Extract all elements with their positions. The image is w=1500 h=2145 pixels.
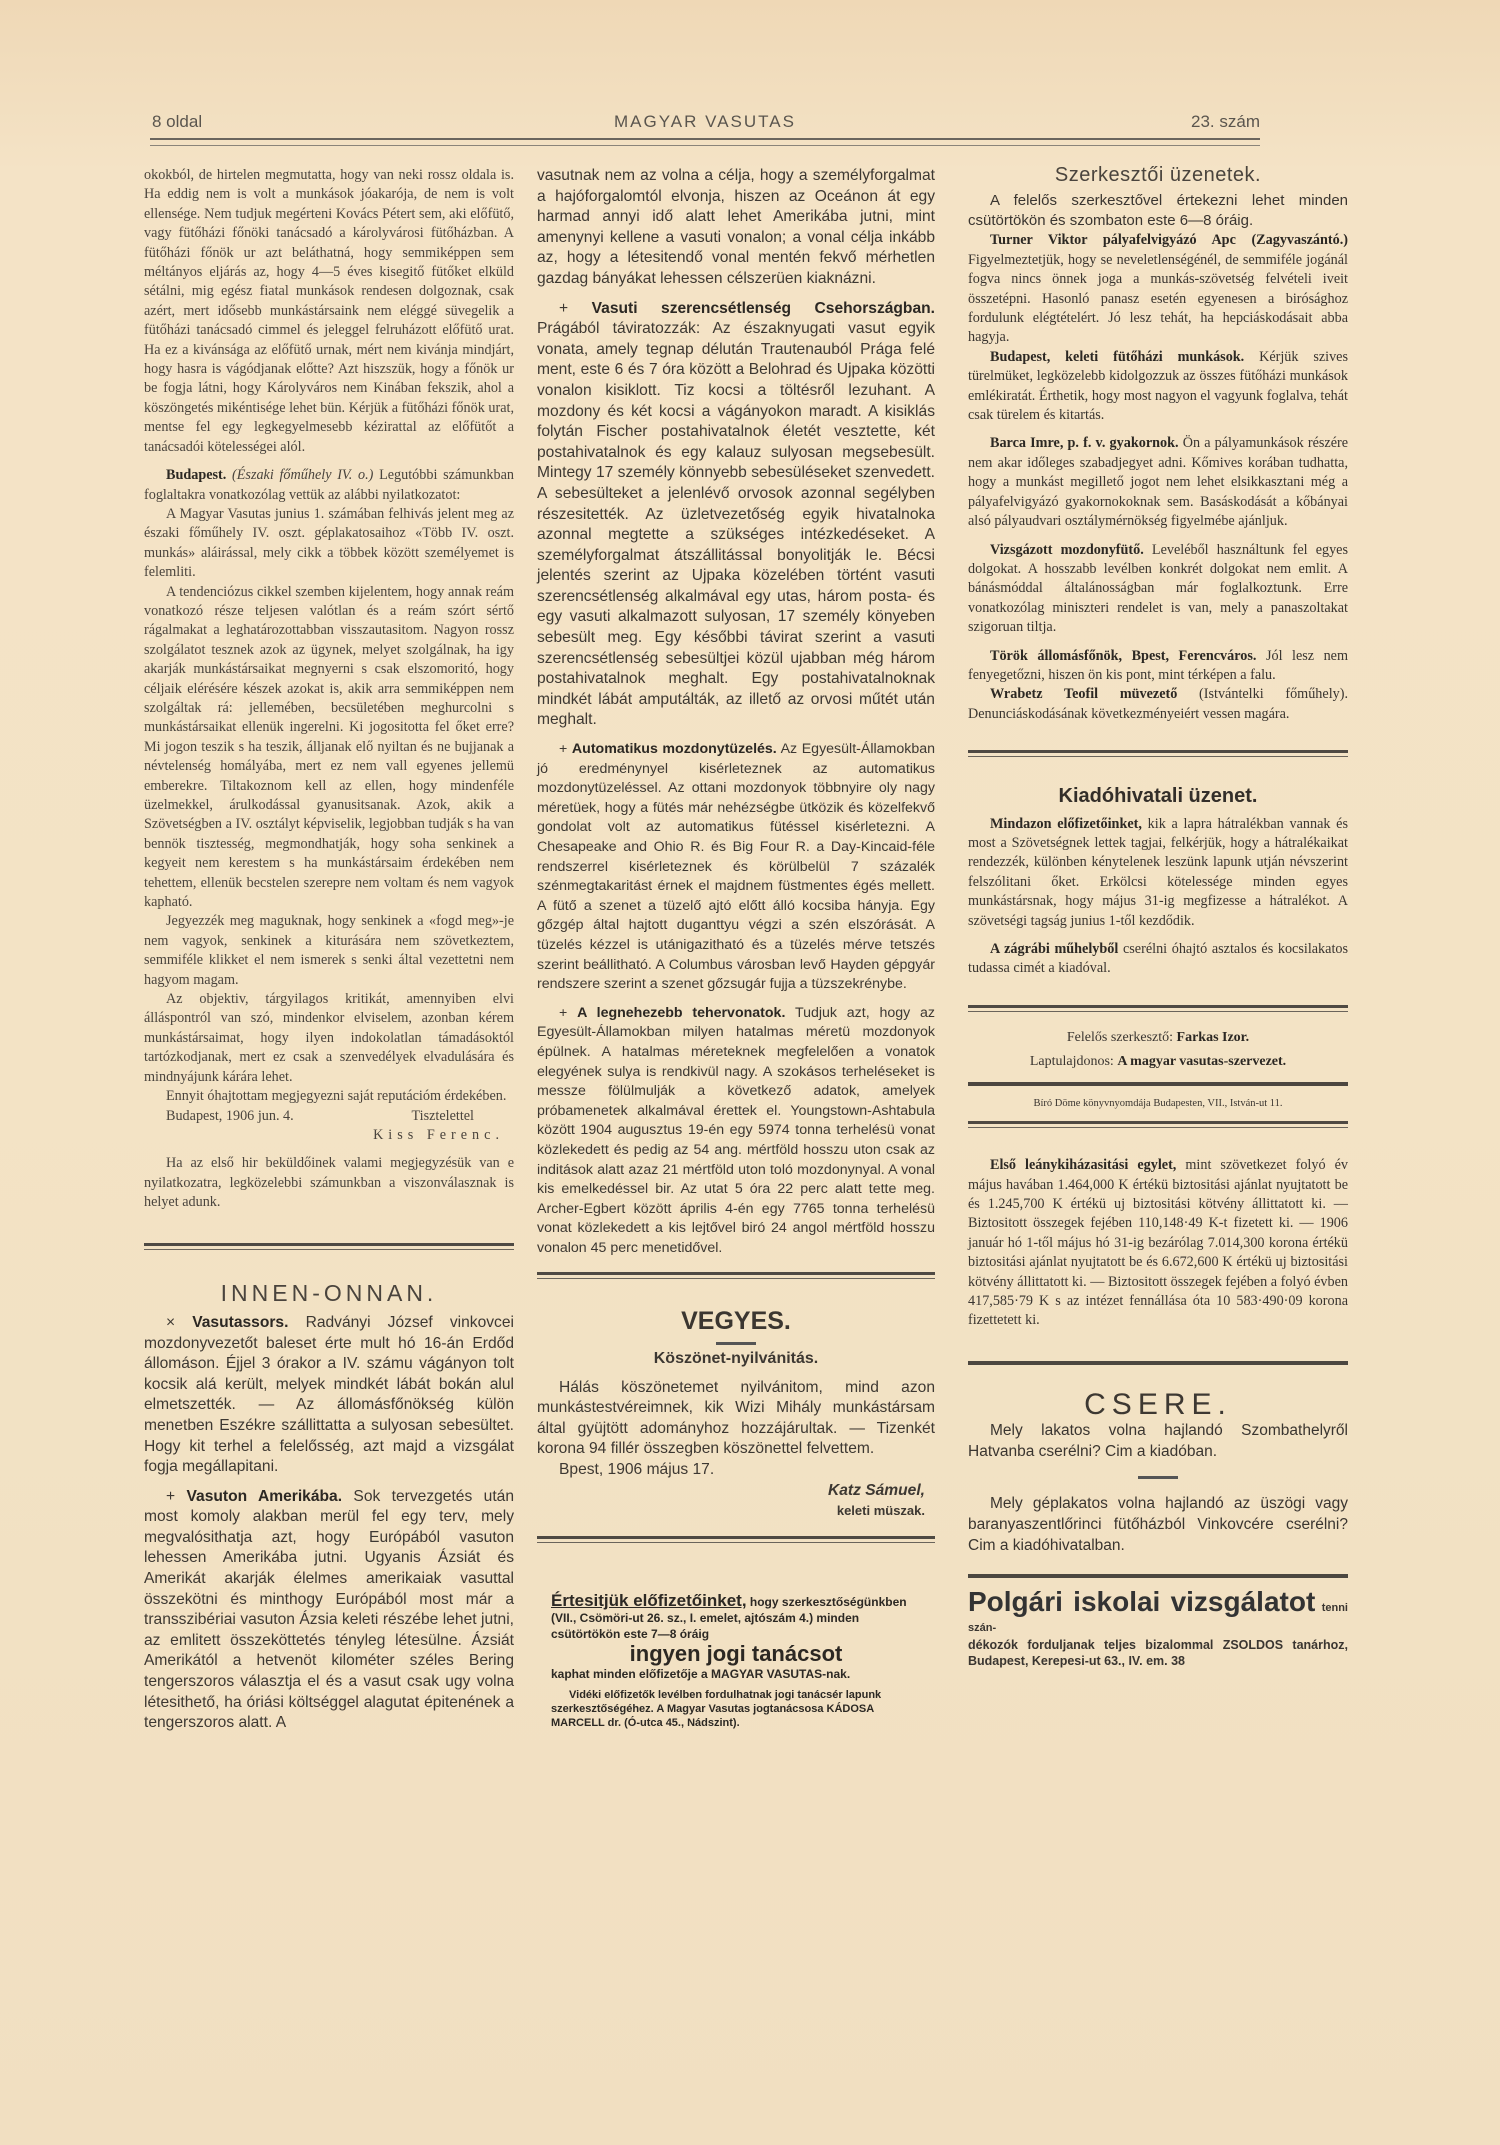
page-header: 8 oldal MAGYAR VASUTAS 23. szám bbox=[150, 108, 1260, 138]
thanks-title: Köszönet-nyilvánitás. bbox=[537, 1349, 935, 1370]
section-divider bbox=[537, 1536, 935, 1543]
exchange-ad: Mely géplakatos volna hajlandó az üszögi… bbox=[968, 1493, 1348, 1556]
left-column: okokból, de hirtelen megmutatta, hogy va… bbox=[144, 166, 514, 1734]
section-title-csere: CSERE. bbox=[968, 1395, 1348, 1414]
section-title-publisher: Kiadóhivatali üzenet. bbox=[968, 787, 1348, 806]
news-item: + Automatikus mozdonytüzelés. Az Egyesül… bbox=[537, 740, 935, 995]
publisher-message: Mindazon előfizetőinket, kik a lapra hát… bbox=[968, 815, 1348, 931]
section-divider bbox=[968, 1121, 1348, 1128]
editorial-hours: A felelős szerkesztővel értekezni lehet … bbox=[968, 191, 1348, 231]
editor-note: Ha az első hir beküldőinek valami megjeg… bbox=[144, 1154, 514, 1212]
newspaper-title: MAGYAR VASUTAS bbox=[150, 112, 1260, 132]
paragraph: A Magyar Vasutas junius 1. számában felh… bbox=[144, 505, 514, 583]
article-continuation: okokból, de hirtelen megmutatta, hogy va… bbox=[144, 166, 514, 457]
imprint-rule bbox=[968, 1082, 1348, 1086]
paragraph: Az objektiv, tárgyilagos kritikát, amenn… bbox=[144, 990, 514, 1087]
section-title-editorial: Szerkesztői üzenetek. bbox=[968, 166, 1348, 185]
editor-message: Barca Imre, p. f. v. gyakornok. Ön a pál… bbox=[968, 434, 1348, 531]
article-continuation: vasutnak nem az volna a célja, hogy a sz… bbox=[537, 166, 935, 290]
thanks-signature-sub: keleti müszak. bbox=[537, 1501, 935, 1522]
dash-divider bbox=[716, 1342, 756, 1345]
section-divider bbox=[968, 1005, 1348, 1012]
legal-advice-ad: Értesitjük előfizetőinket, hogy szerkesz… bbox=[537, 1593, 935, 1730]
editor-message: Budapest, keleti fütőházi munkások. Kérj… bbox=[968, 348, 1348, 426]
news-item: + A legnehezebb tehervonatok. Tudjuk azt… bbox=[537, 1004, 935, 1259]
section-title-innen-onnan: INNEN-ONNAN. bbox=[144, 1284, 514, 1303]
place-date: Budapest, 1906 jun. 4.Tisztelettel bbox=[144, 1107, 514, 1126]
paragraph: A tendenciózus cikkel szemben kijelentem… bbox=[144, 583, 514, 913]
paragraph: Jegyezzék meg maguknak, hogy senkinek a … bbox=[144, 912, 514, 990]
newspaper-page: 8 oldal MAGYAR VASUTAS 23. szám okokból,… bbox=[0, 0, 1500, 2145]
dash-divider bbox=[1138, 1476, 1178, 1479]
printer-line: Bíró Döme könyvnyomdája Budapesten, VII.… bbox=[968, 1094, 1348, 1113]
issue-number: 23. szám bbox=[1191, 112, 1260, 132]
signature: Kiss Ferenc. bbox=[144, 1126, 514, 1145]
editor-message: Török állomásfőnök, Bpest, Ferencváros. … bbox=[968, 647, 1348, 686]
editor-message: Vizsgázott mozdonyfütő. Leveléből haszná… bbox=[968, 541, 1348, 638]
budapest-statement: Budapest. (Északi főműhely IV. o.) Legut… bbox=[144, 466, 514, 505]
imprint: Felelős szerkesztő: Farkas Izor. Laptula… bbox=[968, 1026, 1348, 1074]
section-divider bbox=[968, 1361, 1348, 1365]
news-item: + Vasuti szerencsétlenség Csehországban.… bbox=[537, 299, 935, 731]
section-title-vegyes: VEGYES. bbox=[537, 1311, 935, 1332]
middle-column: vasutnak nem az volna a célja, hogy a sz… bbox=[537, 166, 935, 1730]
section-divider bbox=[537, 1272, 935, 1279]
thanks-signature: Katz Sámuel, bbox=[537, 1481, 935, 1502]
section-divider bbox=[144, 1243, 514, 1250]
news-item: × Vasutassors. Radványi József vinkovcei… bbox=[144, 1313, 514, 1478]
insurance-notice: Első leánykiházasitási egylet, mint szöv… bbox=[968, 1156, 1348, 1331]
exchange-ad: Mely lakatos volna hajlandó Szombathelyr… bbox=[968, 1420, 1348, 1462]
header-rule bbox=[150, 138, 1260, 146]
thanks-text: Hálás köszönetemet nyilvánitom, mind azo… bbox=[537, 1378, 935, 1460]
paragraph: Ennyit óhajtottam megjegyezni saját repu… bbox=[144, 1087, 514, 1106]
right-column: Szerkesztői üzenetek. A felelős szerkesz… bbox=[968, 166, 1348, 1669]
news-item: + Vasuton Amerikába. Sok tervezgetés utá… bbox=[144, 1487, 514, 1734]
section-divider bbox=[968, 750, 1348, 757]
publisher-message: A zágrábi műhelyből cserélni óhajtó aszt… bbox=[968, 940, 1348, 979]
thanks-date: Bpest, 1906 május 17. bbox=[537, 1460, 935, 1481]
editor-message: Wrabetz Teofil müvezető (Istvántelki főm… bbox=[968, 685, 1348, 724]
section-divider bbox=[968, 1574, 1348, 1578]
editor-message: Turner Viktor pályafelvigyázó Apc (Zagyv… bbox=[968, 231, 1348, 347]
school-exam-ad: Polgári iskolai vizsgálatot tenni szán- … bbox=[968, 1592, 1348, 1669]
